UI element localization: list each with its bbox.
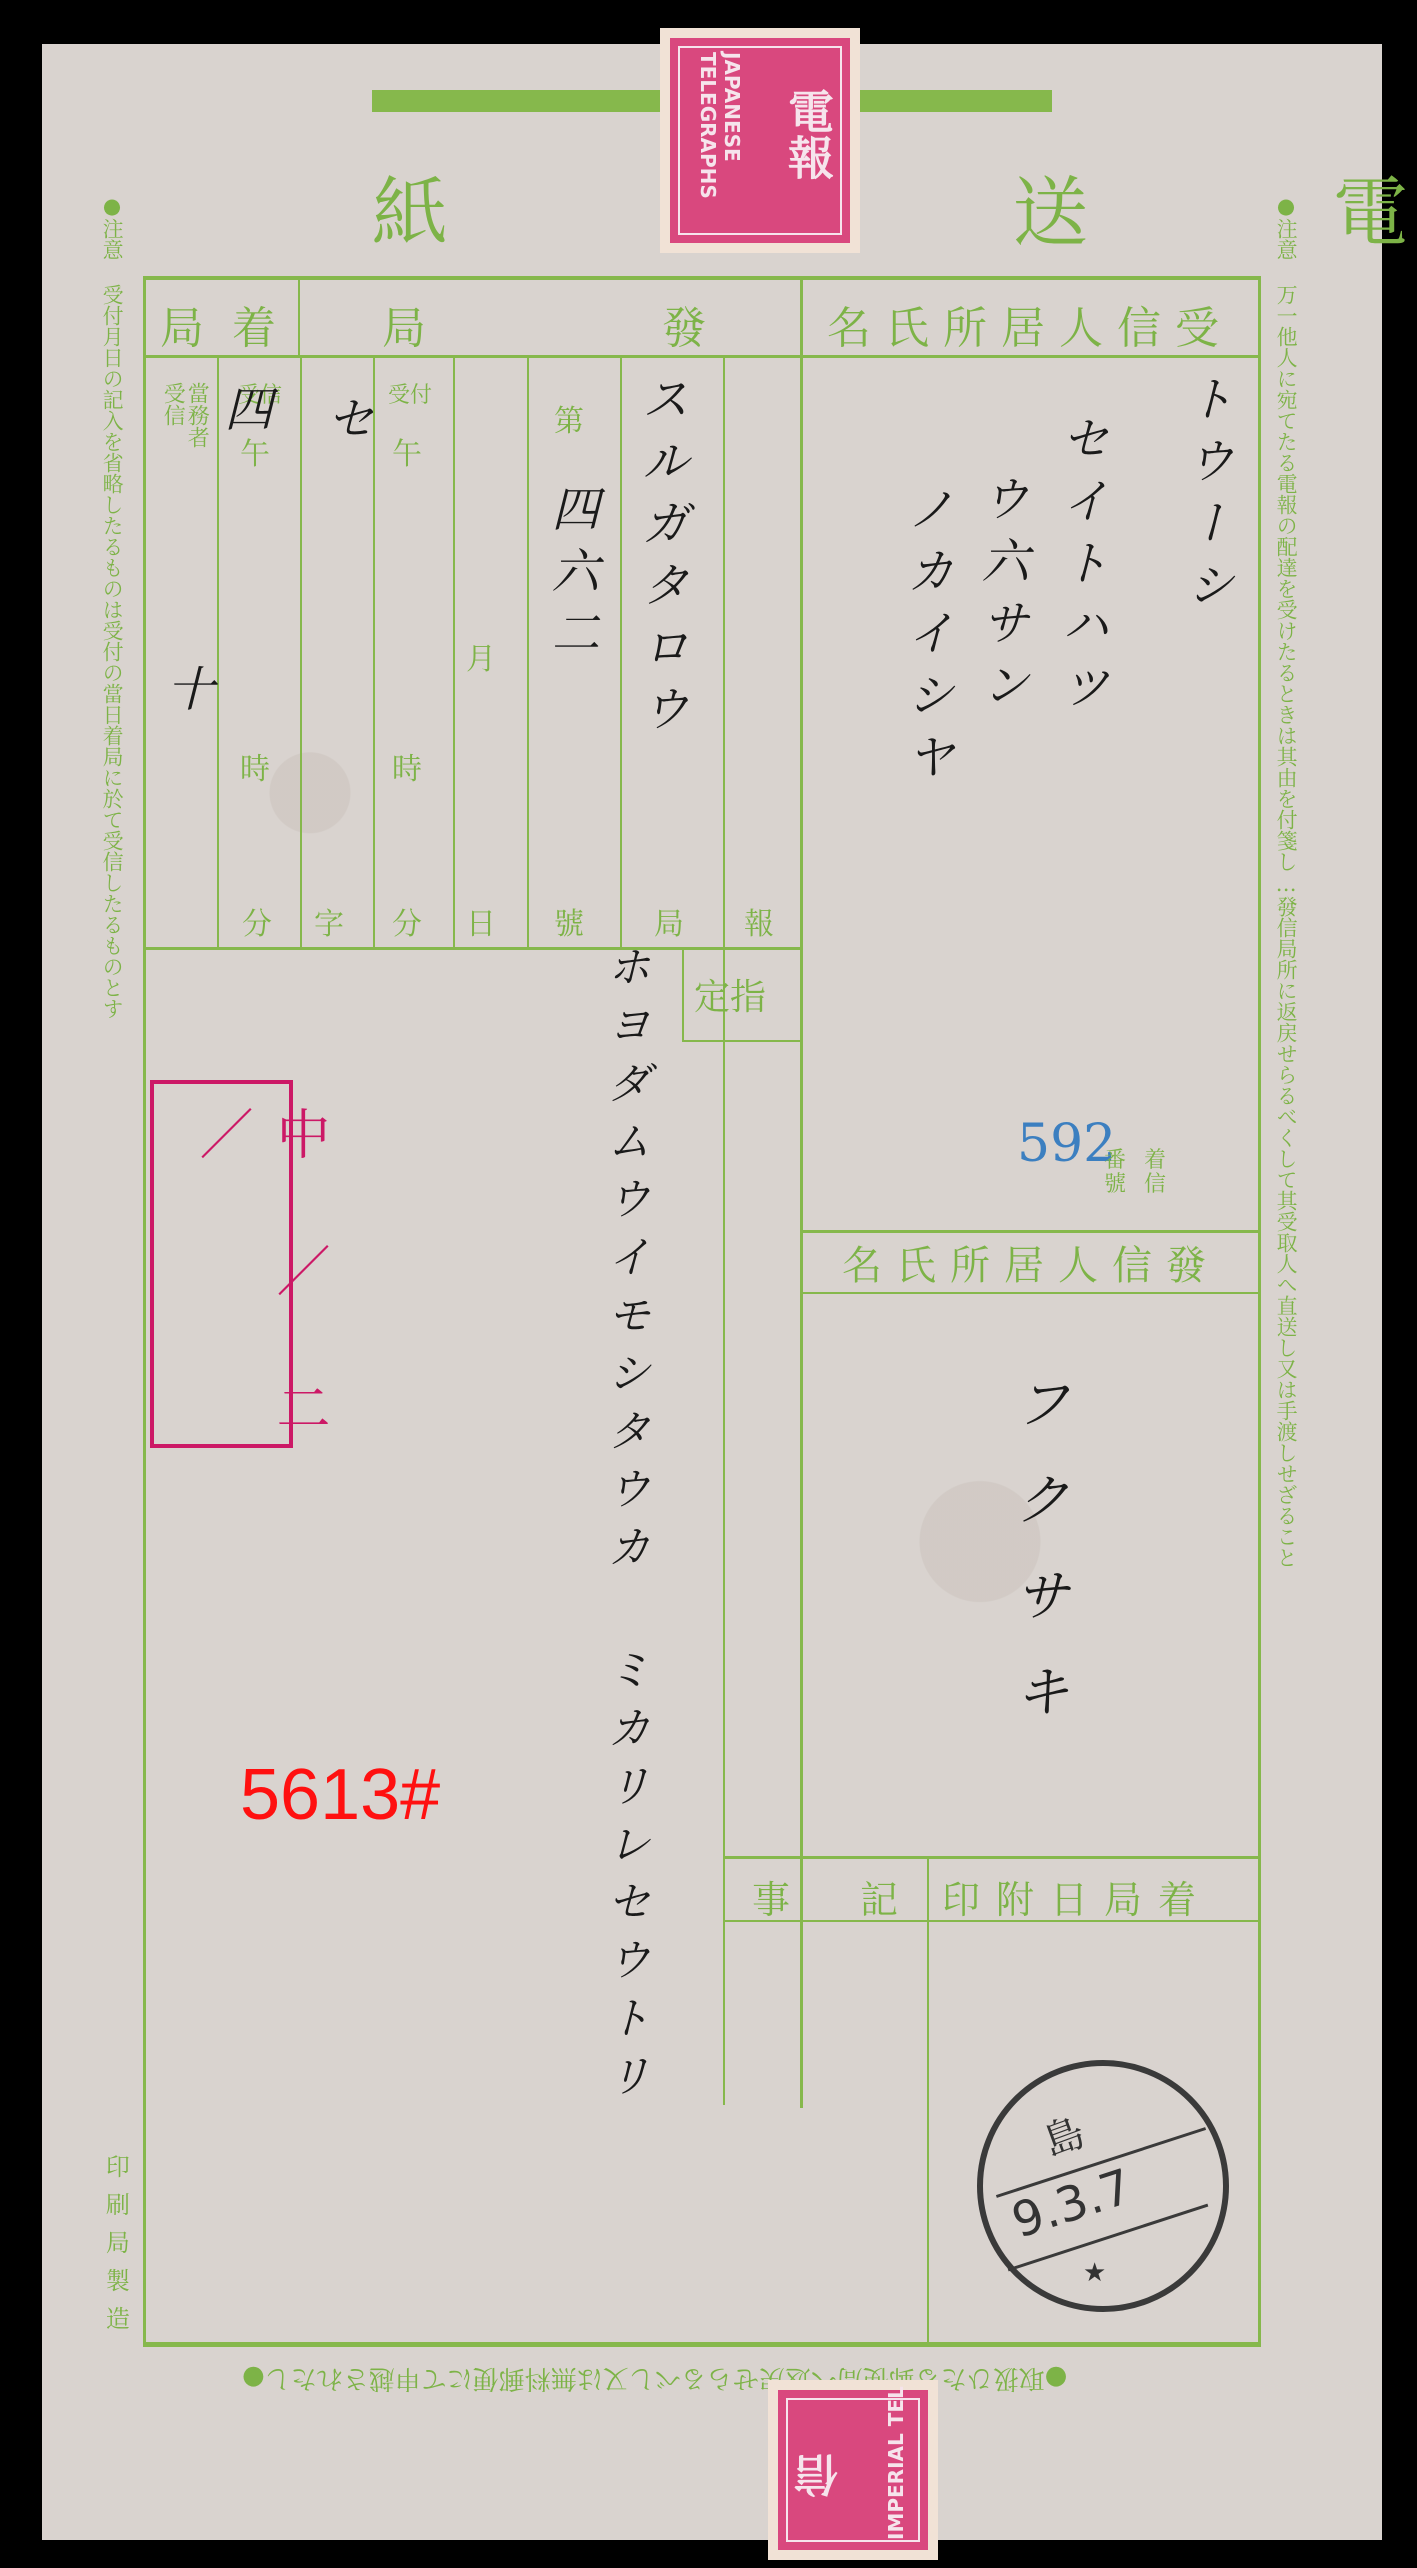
serial-number: 592 — [1017, 1114, 1116, 1174]
label-office: 局 — [654, 899, 684, 943]
right-note: ●注意 万一他人に宛てたる電報の配達を受けたるときは其由を付箋し…發信局所に返戻… — [1274, 194, 1297, 2294]
serial-label-2: 着信 — [1144, 1149, 1170, 1197]
telegram-form-paper: 紙 達 送 電 局着 局 發 名氏所居人信受 受信 當務者 受信 午 時 分 字… — [42, 44, 1382, 2540]
catalog-label: 5613# — [240, 1754, 440, 1836]
header-sending-office-left: 局 — [382, 292, 426, 356]
header-arrival-office: 局着 — [160, 292, 304, 356]
red-annotation-box: 中 ／ 二 ／ — [150, 1080, 293, 1448]
hand-time: 十 — [152, 664, 221, 726]
header-sending-office-right: 發 — [662, 292, 706, 356]
hand-recipient-1: トウーシ — [1172, 374, 1241, 1274]
label-receiving-clerk: 受信 — [160, 382, 184, 492]
hand-recipient-4: ノカイシヤ — [892, 484, 961, 794]
hand-recipient-2: セイトハツ — [1047, 414, 1116, 724]
header-sender: 名氏所居人信發 — [842, 1234, 1220, 1291]
label-arrival-date-stamp: 印附日局着 — [942, 1869, 1212, 1924]
footer-note: ●取扱ひたる郵便局へ返戻せらるべし又は無料郵便にて申越されたし● — [242, 2362, 1067, 2399]
label-day: 日 — [466, 899, 496, 943]
label-month: 月 — [466, 634, 496, 678]
printer-imprint: 印刷局製造 — [102, 2154, 128, 2344]
label-word-count: 字 — [314, 899, 344, 943]
label-number-suffix: 號 — [554, 899, 584, 943]
hand-number: 四六二 — [537, 484, 606, 670]
left-note: ●注意 受付月日の記入を省略したるものは受付の當日着局に於て受信したるものとす — [100, 194, 123, 1454]
hand-recipient-3: ウ六サン — [967, 474, 1036, 722]
label-designation: 定指 — [694, 969, 766, 1020]
frame-right — [1258, 276, 1261, 2344]
serial-label-1: 番號 — [1104, 1149, 1130, 1197]
label-accepted: 受付 — [388, 384, 432, 408]
main-divider — [800, 276, 803, 2108]
hand-accepted: セ — [312, 394, 381, 456]
frame-top — [143, 276, 1260, 280]
label-message: 報 — [744, 899, 774, 943]
hand-message: ホヨダムウイモシタウカ ミカリレセウトリ — [592, 944, 656, 2344]
label-number-prefix: 第 — [554, 396, 584, 440]
postmark: 島 9.3.7 ★ — [977, 2060, 1229, 2312]
label-record-left: 事 — [752, 1869, 790, 1924]
frame-left — [143, 276, 146, 2344]
subtable-bottom — [143, 947, 803, 950]
header-recipient: 名氏所居人信受 — [827, 292, 1233, 356]
frame-bottom — [143, 2342, 1261, 2347]
hand-received: 四 — [210, 384, 279, 446]
stamp-bottom: IMPERIAL TEL 信 — [768, 2380, 938, 2560]
hand-sender-name: フクサキ — [997, 1374, 1077, 1758]
label-record-right: 記 — [860, 1869, 898, 1924]
stamp-top: JAPANESE TELEGRAPHS 電報 — [660, 28, 860, 253]
hand-office: スルガタロウ — [627, 374, 696, 746]
